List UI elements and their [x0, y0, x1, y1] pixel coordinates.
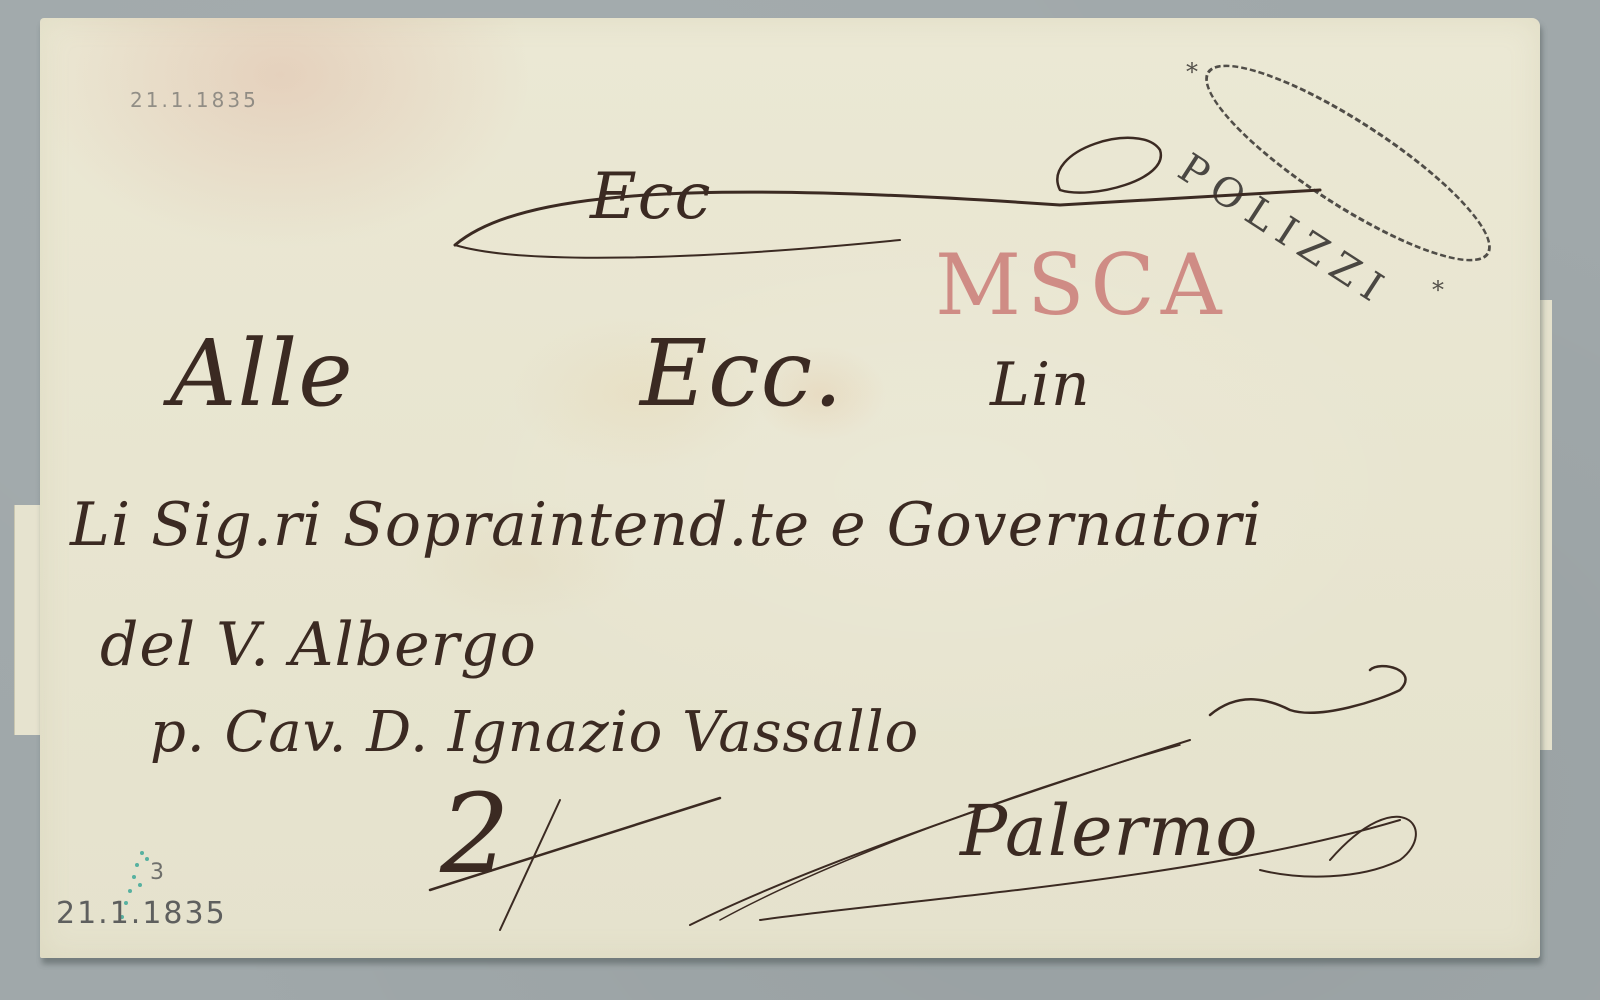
address-line1-word1: Alle: [170, 320, 354, 427]
pencil-date-bottom: 21.1.1835: [56, 896, 227, 931]
address-line4: p. Cav. D. Ignazio Vassallo: [150, 700, 919, 765]
pencil-date-top: 21.1.1835: [130, 88, 259, 112]
destination-city: Palermo: [960, 790, 1258, 872]
address-line2: Li Sig.ri Sopraintend.te e Governatori: [70, 490, 1262, 560]
address-line1-word2: Ecc.: [640, 320, 843, 427]
postmark-star-icon: *: [1432, 276, 1444, 304]
pencil-small-number: 3: [150, 860, 164, 885]
address-line3: del V. Albergo: [100, 610, 537, 680]
postage-rate-mark: 2: [440, 770, 511, 898]
red-town-postmark: MSCA: [935, 236, 1228, 334]
address-line1-word3: Lin: [990, 350, 1091, 420]
postmark-star-icon: *: [1186, 58, 1198, 86]
top-flourish-text: Ecc: [590, 160, 711, 234]
